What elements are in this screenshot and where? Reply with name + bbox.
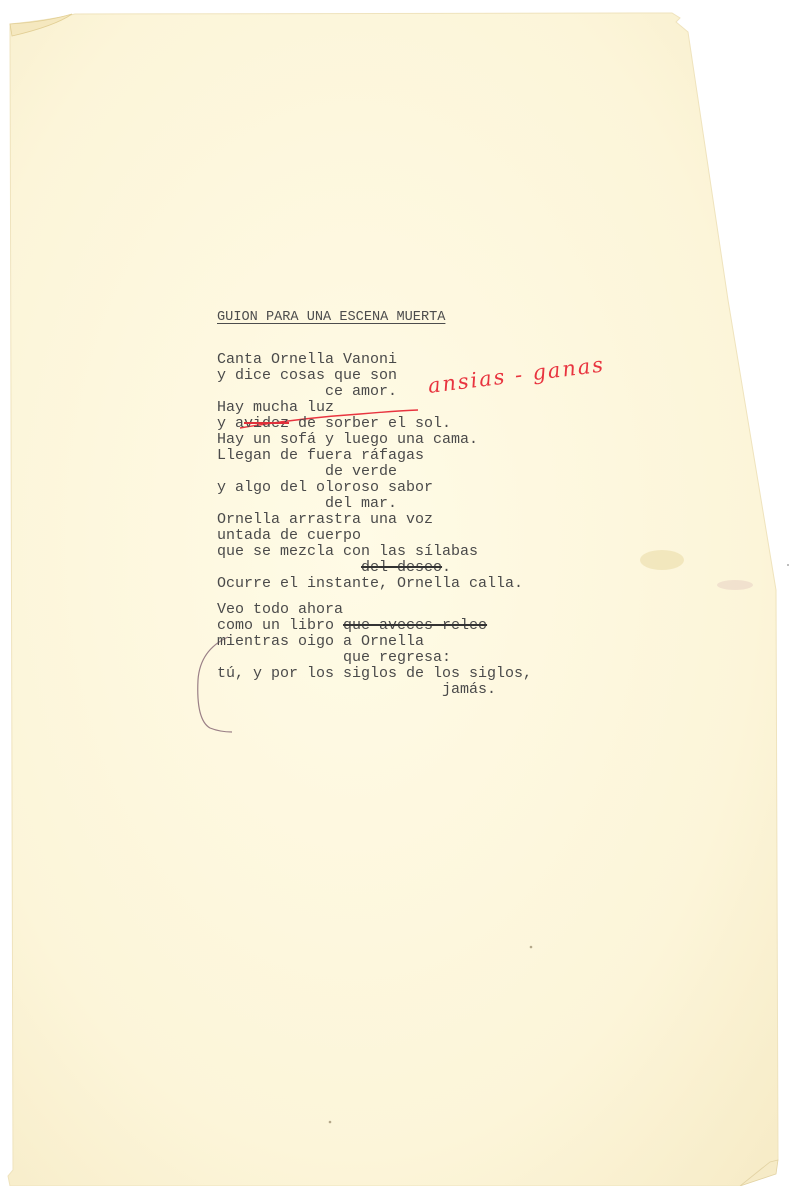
poem-line: Ocurre el instante, Ornella calla. (217, 576, 523, 592)
stanza-2: Veo todo ahoracomo un libro que aveces r… (217, 602, 532, 698)
poem-line: como un libro que aveces releo (217, 618, 532, 634)
poem-line: tú, y por los siglos de los siglos, (217, 666, 532, 682)
poem-line: que regresa: (217, 650, 532, 666)
poem-line: del deseo. (217, 560, 523, 576)
paper-sheet (0, 0, 800, 1186)
poem-line: Canta Ornella Vanoni (217, 352, 523, 368)
poem-line: untada de cuerpo (217, 528, 523, 544)
struck-phrase: del deseo (361, 559, 442, 576)
document-title: GUION PARA UNA ESCENA MUERTA (217, 310, 445, 325)
poem-line: jamás. (217, 682, 532, 698)
poem-line: Hay mucha luz (217, 400, 523, 416)
poem-line: del mar. (217, 496, 523, 512)
poem-line: y avidez de sorber el sol. (217, 416, 523, 432)
poem-line: de verde (217, 464, 523, 480)
poem-line: que se mezcla con las sílabas (217, 544, 523, 560)
poem-line: Hay un sofá y luego una cama. (217, 432, 523, 448)
paper-shape (8, 13, 778, 1186)
struck-word-red: videz (244, 415, 289, 432)
poem-line: Veo todo ahora (217, 602, 532, 618)
poem-line: Llegan de fuera ráfagas (217, 448, 523, 464)
struck-phrase: que aveces releo (343, 617, 487, 634)
poem-line: Ornella arrastra una voz (217, 512, 523, 528)
poem-line: mientras oigo a Ornella (217, 634, 532, 650)
poem-line: y algo del oloroso sabor (217, 480, 523, 496)
